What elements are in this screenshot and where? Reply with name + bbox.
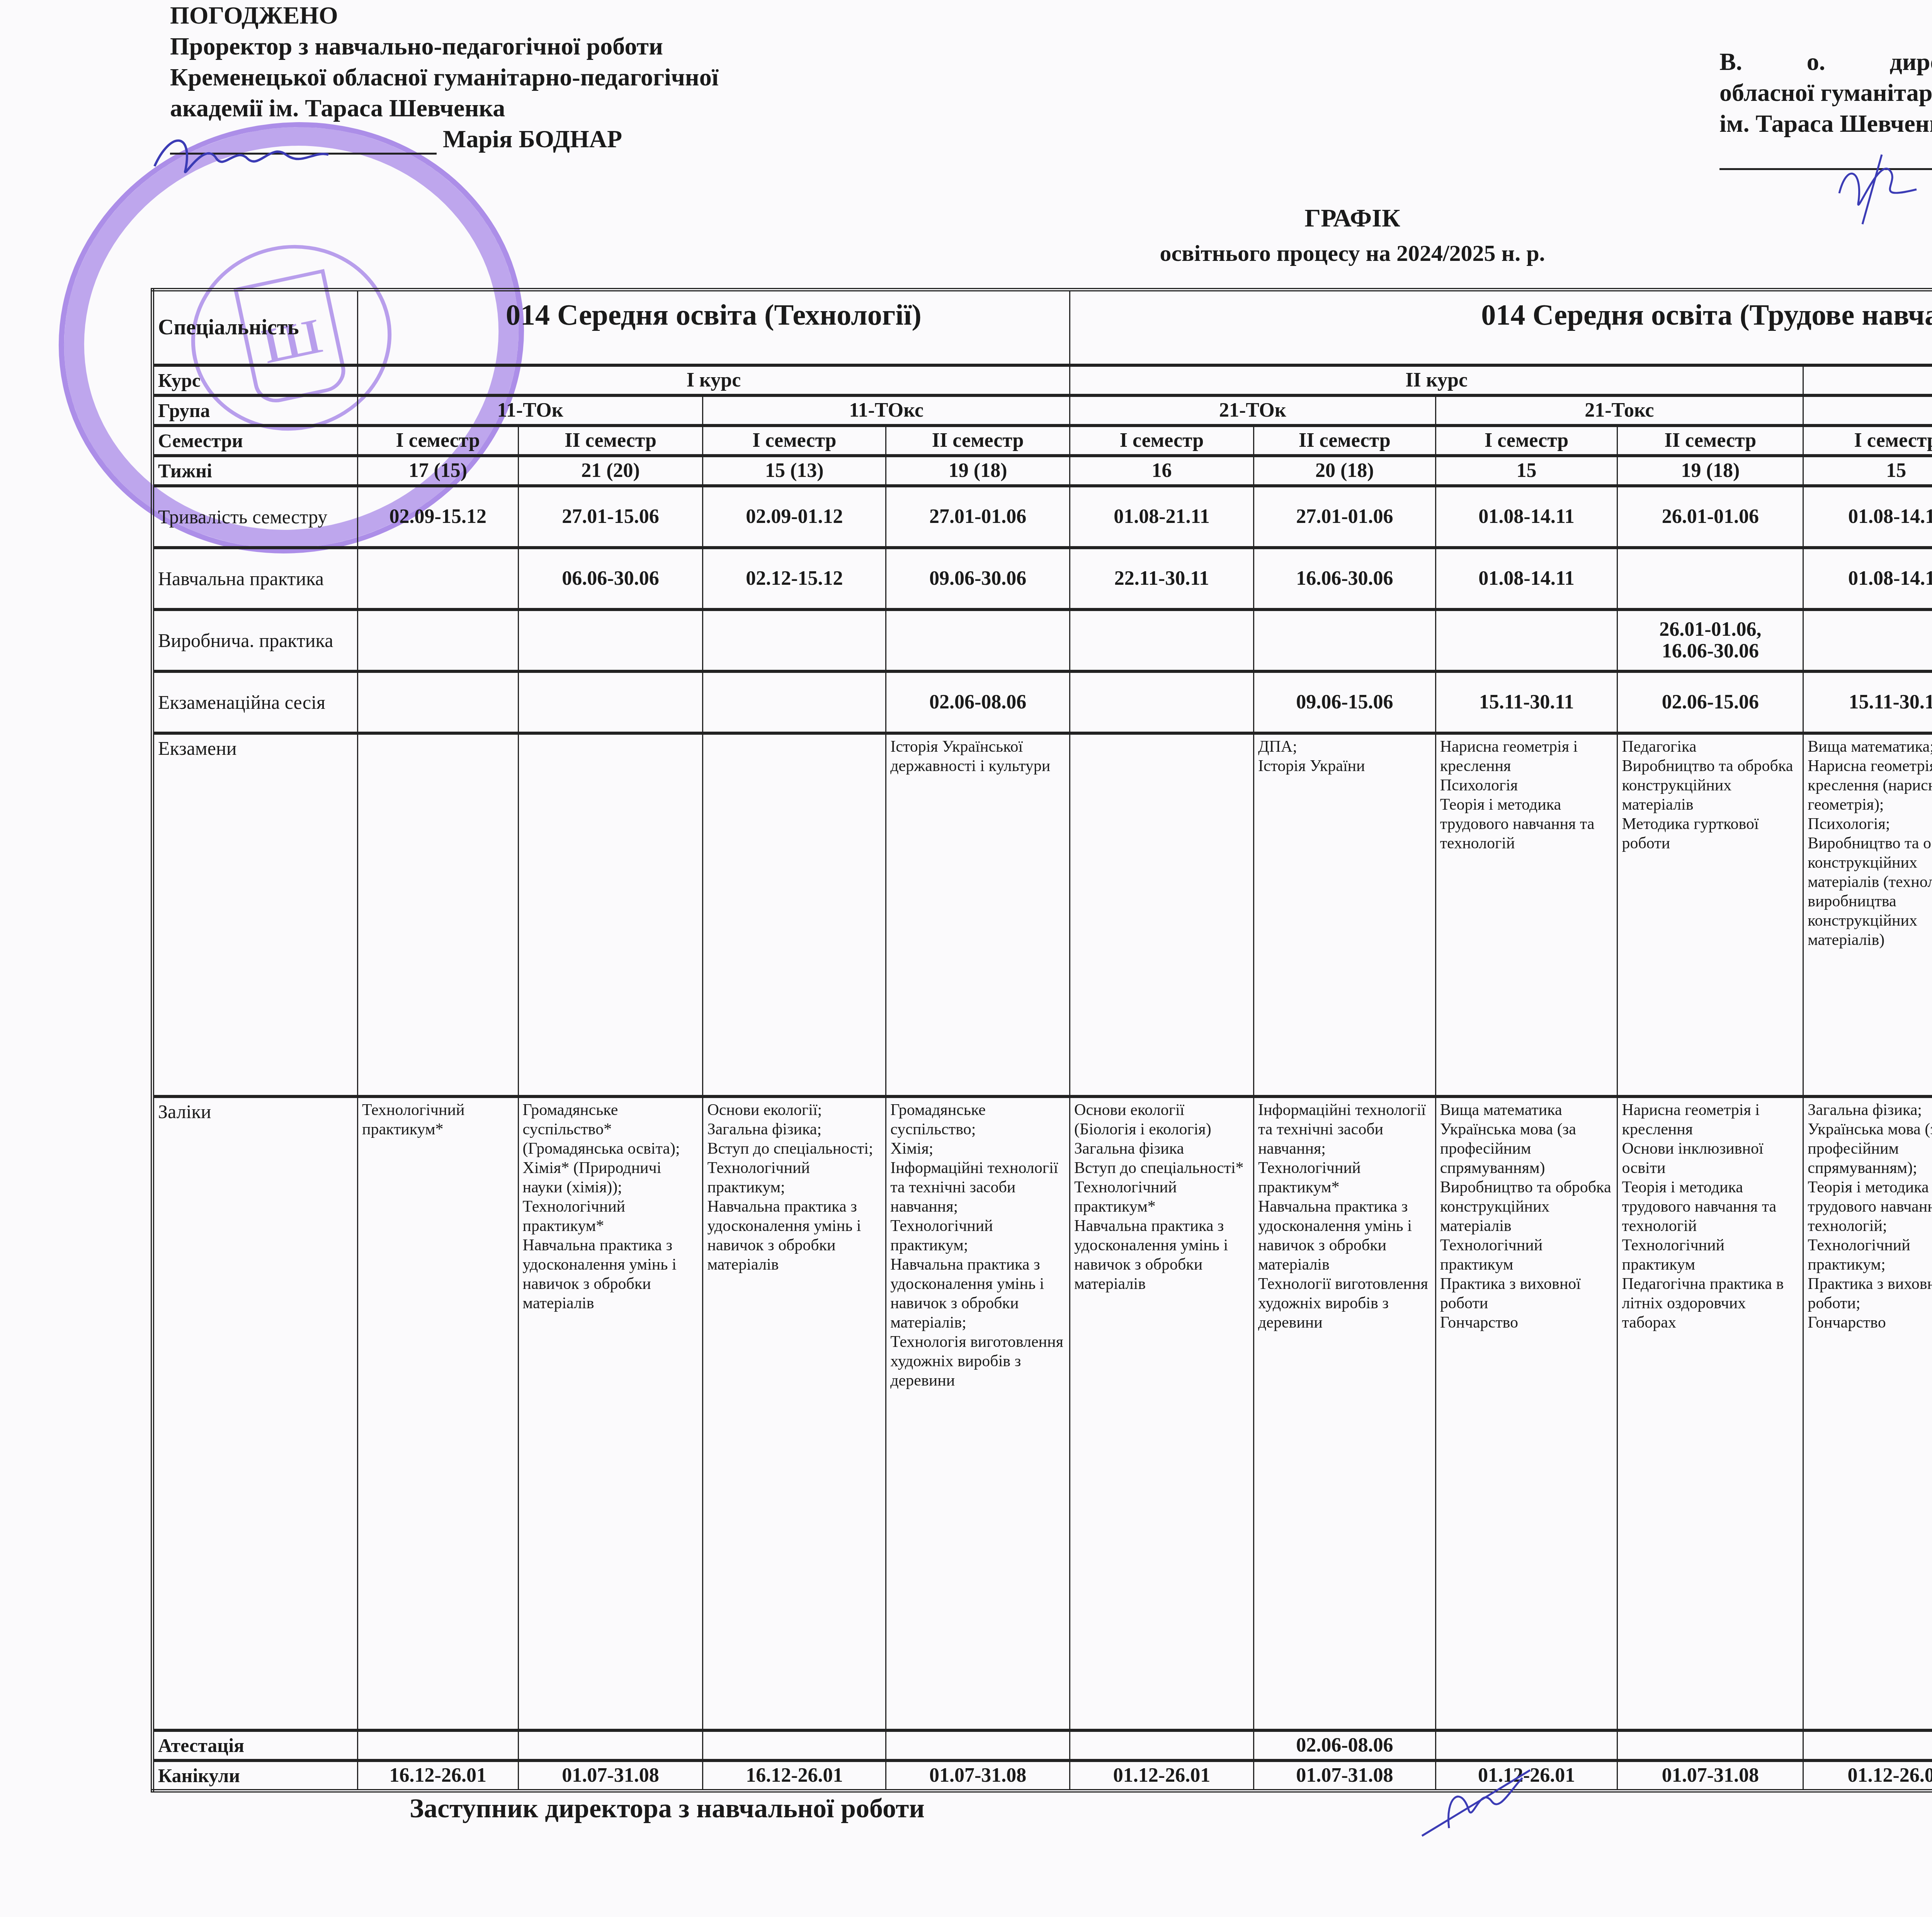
holidays-cell: 16.12-26.01 — [703, 1760, 886, 1791]
exam-session-cell: 15.11-30.11 — [1435, 671, 1617, 733]
semesters-cell: I семестр — [1435, 426, 1617, 456]
group-cell: 21-Токс — [1435, 395, 1803, 426]
duration-cell: 01.08-14.11 — [1803, 486, 1932, 548]
duration-cell: 02.09-01.12 — [703, 486, 886, 548]
prod-practice-cell: 26.01-01.06, 16.06-30.06 — [1617, 609, 1803, 671]
exams-cell — [703, 733, 886, 1096]
weeks-cell: 16 — [1070, 456, 1254, 486]
row-label-holidays: Канікули — [153, 1760, 358, 1791]
approve-heading: ЗАТВЕРДЖУЮ — [1719, 15, 1932, 46]
weeks-cell: 17 (15) — [357, 456, 518, 486]
row-label-semesters: Семестри — [153, 426, 358, 456]
semesters-cell: I семестр — [357, 426, 518, 456]
exam-session-cell — [357, 671, 518, 733]
document-title: ГРАФІК освітнього процесу на 2024/2025 н… — [1082, 201, 1623, 271]
weeks-cell: 21 (20) — [518, 456, 703, 486]
edu-practice-cell: 01.08-14.11 — [1803, 548, 1932, 609]
duration-cell: 27.01-15.06 — [518, 486, 703, 548]
prod-practice-cell — [518, 609, 703, 671]
edu-practice-cell: 02.12-15.12 — [703, 548, 886, 609]
credits-cell: Технологічний практикум* — [357, 1096, 518, 1730]
duration-cell: 01.08-14.11 — [1435, 486, 1617, 548]
course-3: III курс — [1803, 365, 1932, 395]
exam-session-cell: 09.06-15.06 — [1253, 671, 1435, 733]
row-label-exams: Екзамени — [153, 733, 358, 1096]
course-row: Курс I курс II курс III курс IV курс — [153, 365, 1932, 395]
exams-cell: Історія Української державності і культу… — [886, 733, 1070, 1096]
handwritten-signature-icon — [1414, 1762, 1553, 1842]
credits-cell: Інформаційні технології та технічні засо… — [1253, 1096, 1435, 1730]
prod-practice-cell — [703, 609, 886, 671]
group-cell: 21-ТОк — [1070, 395, 1436, 426]
specialty-2: 014 Середня освіта (Трудове навчання та … — [1070, 290, 1932, 365]
edu-practice-cell: 22.11-30.11 — [1070, 548, 1254, 609]
course-1: I курс — [357, 365, 1070, 395]
exams-cell: Педагогіка Виробництво та обробка констр… — [1617, 733, 1803, 1096]
row-label-prod-practice: Виробнича. практика — [153, 609, 358, 671]
credits-cell: Нарисна геометрія і креслення Основи інк… — [1617, 1096, 1803, 1730]
exams-cell — [1070, 733, 1254, 1096]
prod-practice-cell — [1070, 609, 1254, 671]
specialty-1: 014 Середня освіта (Технології) — [357, 290, 1070, 365]
duration-cell: 26.01-01.06 — [1617, 486, 1803, 548]
duration-cell: 02.09-15.12 — [357, 486, 518, 548]
holidays-cell: 01.12-26.01 — [1803, 1760, 1932, 1791]
prod-practice-cell — [1803, 609, 1932, 671]
credits-row: ЗалікиТехнологічний практикум*Громадянсь… — [153, 1096, 1932, 1730]
holidays-cell: 01.07-31.08 — [886, 1760, 1070, 1791]
holidays-cell: 16.12-26.01 — [357, 1760, 518, 1791]
semesters-cell: I семестр — [1070, 426, 1254, 456]
group-row: Група 11-ТОк 11-ТОкс 21-ТОк 21-Токс 31-Т… — [153, 395, 1932, 426]
agreed-signer: Марія БОДНАР — [443, 125, 622, 153]
agreed-heading: ПОГОДЖЕНО — [170, 0, 904, 31]
exams-cell: Вища математика; Нарисна геометрія і кре… — [1803, 733, 1932, 1096]
semesters-row: СеместриI семестрII семестрI семестрII с… — [153, 426, 1932, 456]
row-label-weeks: Тижні — [153, 456, 358, 486]
exam-session-cell: 02.06-15.06 — [1617, 671, 1803, 733]
weeks-cell: 19 (18) — [1617, 456, 1803, 486]
duration-cell: 27.01-01.06 — [886, 486, 1070, 548]
holidays-row: Канікули16.12-26.0101.07-31.0816.12-26.0… — [153, 1760, 1932, 1791]
semesters-cell: II семестр — [1617, 426, 1803, 456]
attestation-cell — [1617, 1730, 1803, 1760]
credits-cell: Вища математика Українська мова (за проф… — [1435, 1096, 1617, 1730]
prod-practice-cell — [1435, 609, 1617, 671]
exam-session-cell — [703, 671, 886, 733]
exams-cell — [518, 733, 703, 1096]
row-label-attestation: Атестація — [153, 1730, 358, 1760]
prod-practice-row: Виробнича. практика26.01-01.06, 16.06-30… — [153, 609, 1932, 671]
title-main: ГРАФІК — [1082, 201, 1623, 236]
weeks-cell: 15 — [1435, 456, 1617, 486]
row-label-specialty: Спеціальність — [153, 290, 358, 365]
approve-line-3: ім. Тараса Шевченка — [1719, 108, 1932, 139]
semesters-cell: I семестр — [703, 426, 886, 456]
exams-row: ЕкзамениІсторія Української державності … — [153, 733, 1932, 1096]
group-cell: 11-ТОкс — [703, 395, 1070, 426]
agreed-line-2: Кременецької обласної гуманітарно-педаго… — [170, 62, 904, 93]
course-2: II курс — [1070, 365, 1803, 395]
weeks-cell: 15 — [1803, 456, 1932, 486]
approve-line-2: обласної гуманітарно-педагогічної академ… — [1719, 77, 1932, 108]
attestation-cell — [518, 1730, 703, 1760]
credits-cell: Громадянське суспільство* (Громадянська … — [518, 1096, 703, 1730]
specialty-row: Спеціальність 014 Середня освіта (Технол… — [153, 290, 1932, 365]
semesters-cell: I семестр — [1803, 426, 1932, 456]
edu-practice-cell: 09.06-30.06 — [886, 548, 1070, 609]
attestation-cell — [886, 1730, 1070, 1760]
attestation-cell — [703, 1730, 886, 1760]
exam-session-cell: 15.11-30.11 — [1803, 671, 1932, 733]
row-label-credits: Заліки — [153, 1096, 358, 1730]
exam-session-row: Екзаменаційна сесія02.06-08.0609.06-15.0… — [153, 671, 1932, 733]
row-label-exam-session: Екзаменаційна сесія — [153, 671, 358, 733]
title-sub: освітнього процесу на 2024/2025 н. р. — [1082, 236, 1623, 271]
row-label-edu-practice: Навчальна практика — [153, 548, 358, 609]
exams-cell — [357, 733, 518, 1096]
semesters-cell: II семестр — [1253, 426, 1435, 456]
credits-cell: Основи екології (Біологія і екологія) За… — [1070, 1096, 1254, 1730]
attestation-cell — [1435, 1730, 1617, 1760]
semesters-cell: II семестр — [886, 426, 1070, 456]
exam-session-cell: 02.06-08.06 — [886, 671, 1070, 733]
row-label-course: Курс — [153, 365, 358, 395]
credits-cell: Основи екології; Загальна фізика; Вступ … — [703, 1096, 886, 1730]
holidays-cell: 01.07-31.08 — [1253, 1760, 1435, 1791]
footer-position: Заступник директора з навчальної роботи — [410, 1793, 925, 1824]
approve-line-1: В. о. директора Фахового коледжу Кремене… — [1719, 46, 1932, 77]
group-cell: 31-ТОк — [1803, 395, 1932, 426]
handwritten-signature-icon — [147, 124, 379, 187]
weeks-cell: 15 (13) — [703, 456, 886, 486]
agreed-line-3: академії ім. Тараса Шевченка — [170, 93, 904, 124]
exams-cell: ДПА; Історія України — [1253, 733, 1435, 1096]
attestation-cell: 02.06-08.06 — [1253, 1730, 1435, 1760]
weeks-cell: 20 (18) — [1253, 456, 1435, 486]
edu-practice-row: Навчальна практика06.06-30.0602.12-15.12… — [153, 548, 1932, 609]
group-cell: 11-ТОк — [357, 395, 703, 426]
attestation-cell — [357, 1730, 518, 1760]
row-label-group: Група — [153, 395, 358, 426]
row-label-duration: Тривалість семестру — [153, 486, 358, 548]
exam-session-cell — [518, 671, 703, 733]
attestation-cell — [1070, 1730, 1254, 1760]
agreed-line-1: Проректор з навчально-педагогічної робот… — [170, 31, 904, 62]
edu-practice-cell: 01.08-14.11 — [1435, 548, 1617, 609]
exam-session-cell — [1070, 671, 1254, 733]
attestation-row: Атестація02.06-08.0616.06-30.06 — [153, 1730, 1932, 1760]
duration-cell: 27.01-01.06 — [1253, 486, 1435, 548]
exams-cell: Нарисна геометрія і креслення Психологія… — [1435, 733, 1617, 1096]
prod-practice-cell — [1253, 609, 1435, 671]
holidays-cell: 01.12-26.01 — [1070, 1760, 1254, 1791]
edu-practice-cell — [357, 548, 518, 609]
duration-cell: 01.08-21.11 — [1070, 486, 1254, 548]
weeks-row: Тижні17 (15)21 (20)15 (13)19 (18)1620 (1… — [153, 456, 1932, 486]
edu-practice-cell — [1617, 548, 1803, 609]
credits-cell: Громадянське суспільство; Хімія; Інформа… — [886, 1096, 1070, 1730]
schedule-table: Спеціальність 014 Середня освіта (Технол… — [151, 288, 1932, 1793]
holidays-cell: 01.07-31.08 — [1617, 1760, 1803, 1791]
weeks-cell: 19 (18) — [886, 456, 1070, 486]
credits-cell: Загальна фізика; Українська мова (за про… — [1803, 1096, 1932, 1730]
handwritten-signature-icon — [1816, 147, 1932, 226]
duration-row: Тривалість семестру02.09-15.1227.01-15.0… — [153, 486, 1932, 548]
edu-practice-cell: 16.06-30.06 — [1253, 548, 1435, 609]
semesters-cell: II семестр — [518, 426, 703, 456]
edu-practice-cell: 06.06-30.06 — [518, 548, 703, 609]
prod-practice-cell — [357, 609, 518, 671]
prod-practice-cell — [886, 609, 1070, 671]
attestation-cell — [1803, 1730, 1932, 1760]
holidays-cell: 01.07-31.08 — [518, 1760, 703, 1791]
